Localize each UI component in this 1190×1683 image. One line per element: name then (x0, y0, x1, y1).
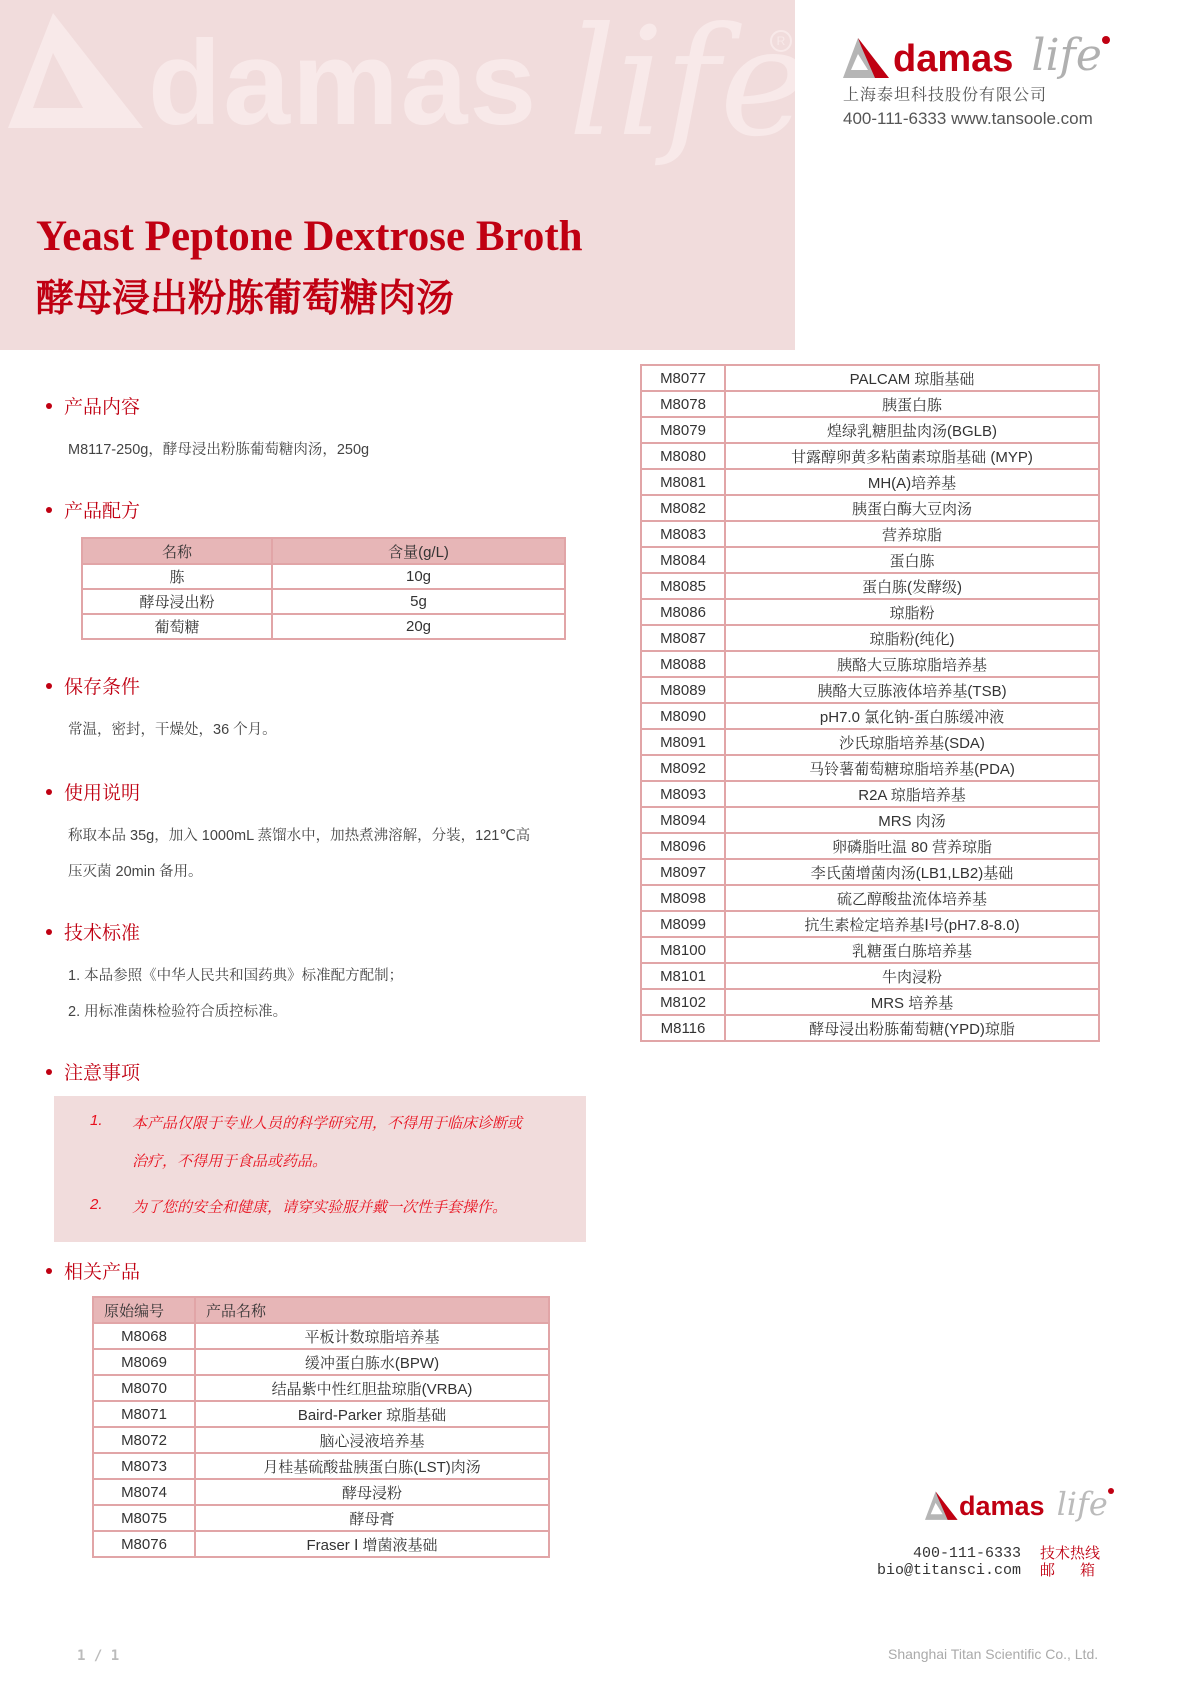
section-heading: 产品内容 (64, 392, 140, 419)
product-name: 胰蛋白胨 (725, 391, 1099, 417)
section-heading: 技术标准 (64, 918, 140, 945)
ingredient-name: 酵母浸出粉 (82, 589, 272, 614)
table-row: M8085蛋白胨(发酵级) (641, 573, 1099, 599)
table-row: M8098硫乙醇酸盐流体培养基 (641, 885, 1099, 911)
formula-table: 名称含量(g/L) 胨10g 酵母浸出粉5g 葡萄糖20g (81, 537, 566, 640)
email-label: 邮 箱 (1040, 1562, 1100, 1579)
product-name: 牛肉浸粉 (725, 963, 1099, 989)
table-row: 酵母浸出粉5g (82, 589, 565, 614)
table-row: M8088胰酪大豆胨琼脂培养基 (641, 651, 1099, 677)
product-code: M8073 (93, 1453, 195, 1479)
table-row: M8068平板计数琼脂培养基 (93, 1323, 549, 1349)
product-name: 平板计数琼脂培养基 (195, 1323, 549, 1349)
product-name: PALCAM 琼脂基础 (725, 365, 1099, 391)
product-name: 结晶紫中性红胆盐琼脂(VRBA) (195, 1375, 549, 1401)
product-name: 酵母膏 (195, 1505, 549, 1531)
product-name: 马铃薯葡萄糖琼脂培养基(PDA) (725, 755, 1099, 781)
table-row: M8099抗生素检定培养基Ⅰ号(pH7.8-8.0) (641, 911, 1099, 937)
company-logo: damas life 上海泰坦科技股份有限公司 400-111-6333 www… (843, 26, 1153, 129)
table-row: M8096卵磷脂吐温 80 营养琼脂 (641, 833, 1099, 859)
column-header: 原始编号 (93, 1297, 195, 1323)
product-name: 营养琼脂 (725, 521, 1099, 547)
column-header: 产品名称 (195, 1297, 549, 1323)
registered-icon (1102, 36, 1110, 44)
product-code: M8086 (641, 599, 725, 625)
footer-logo: damas life (925, 1488, 1114, 1520)
hotline-label: 技术热线 (1040, 1545, 1100, 1562)
page-number: 1 / 1 (77, 1648, 119, 1664)
storage-text: 常温，密封，干燥处，36 个月。 (68, 718, 277, 739)
email-address[interactable]: bio@titansci.com (875, 1562, 1021, 1579)
section-heading: 保存条件 (64, 672, 140, 699)
watermark-script: life (568, 8, 795, 158)
product-code: M8074 (93, 1479, 195, 1505)
table-row: M8092马铃薯葡萄糖琼脂培养基(PDA) (641, 755, 1099, 781)
table-row: 胨10g (82, 564, 565, 589)
watermark-registered-icon: R (770, 30, 792, 52)
section-contents: 产品内容 (46, 392, 140, 419)
product-code: M8094 (641, 807, 725, 833)
product-name: 琼脂粉(纯化) (725, 625, 1099, 651)
section-related: 相关产品 (46, 1257, 140, 1284)
section-storage: 保存条件 (46, 672, 140, 699)
table-row: M8101牛肉浸粉 (641, 963, 1099, 989)
related-products-table-left: 原始编号 产品名称 M8068平板计数琼脂培养基 M8069缓冲蛋白胨水(BPW… (92, 1296, 550, 1558)
product-name: 胰蛋白酶大豆肉汤 (725, 495, 1099, 521)
bullet-icon (46, 929, 52, 935)
logo-brand: damas (893, 40, 1013, 78)
product-code: M8084 (641, 547, 725, 573)
table-row: M8069缓冲蛋白胨水(BPW) (93, 1349, 549, 1375)
product-name: pH7.0 氯化钠-蛋白胨缓冲液 (725, 703, 1099, 729)
product-code: M8071 (93, 1401, 195, 1427)
note-number: 1. (90, 1112, 103, 1129)
table-row: M8100乳糖蛋白胨培养基 (641, 937, 1099, 963)
section-heading: 注意事项 (64, 1058, 140, 1085)
table-row: M8090pH7.0 氯化钠-蛋白胨缓冲液 (641, 703, 1099, 729)
product-code: M8078 (641, 391, 725, 417)
ingredient-amount: 10g (272, 564, 565, 589)
table-row: 葡萄糖20g (82, 614, 565, 639)
table-row: M8072脑心浸液培养基 (93, 1427, 549, 1453)
table-row: M8081MH(A)培养基 (641, 469, 1099, 495)
product-code: M8097 (641, 859, 725, 885)
product-name: 蛋白胨 (725, 547, 1099, 573)
table-row: M8080甘露醇卵黄多粘菌素琼脂基础 (MYP) (641, 443, 1099, 469)
note-text: 治疗，不得用于食品或药品。 (132, 1150, 327, 1171)
section-formula: 产品配方 (46, 496, 140, 523)
product-code: M8082 (641, 495, 725, 521)
product-code: M8070 (93, 1375, 195, 1401)
product-name: 沙氏琼脂培养基(SDA) (725, 729, 1099, 755)
table-row: M8082胰蛋白酶大豆肉汤 (641, 495, 1099, 521)
registered-icon (1108, 1488, 1114, 1494)
section-notes: 注意事项 (46, 1058, 140, 1085)
product-code: M8102 (641, 989, 725, 1015)
note-text: 本产品仅限于专业人员的科学研究用，不得用于临床诊断或 (132, 1112, 522, 1133)
product-code: M8096 (641, 833, 725, 859)
table-row: M8089胰酪大豆胨液体培养基(TSB) (641, 677, 1099, 703)
product-name: 甘露醇卵黄多粘菌素琼脂基础 (MYP) (725, 443, 1099, 469)
product-code: M8101 (641, 963, 725, 989)
product-name: 胰酪大豆胨液体培养基(TSB) (725, 677, 1099, 703)
section-heading: 使用说明 (64, 778, 140, 805)
footer-contact-labels: 技术热线 邮 箱 (1040, 1545, 1100, 1579)
product-name: 月桂基硫酸盐胰蛋白胨(LST)肉汤 (195, 1453, 549, 1479)
product-title-cn: 酵母浸出粉胨葡萄糖肉汤 (36, 267, 454, 322)
product-code: M8072 (93, 1427, 195, 1453)
product-code: M8088 (641, 651, 725, 677)
bullet-icon (46, 1268, 52, 1274)
standard-item: 2. 用标准菌株检验符合质控标准。 (68, 1000, 287, 1021)
header-banner: damas life R Yeast Peptone Dextrose Brot… (0, 0, 795, 350)
table-row: M8116酵母浸出粉胨葡萄糖(YPD)琼脂 (641, 1015, 1099, 1041)
product-name: 酵母浸粉 (195, 1479, 549, 1505)
contents-text: M8117-250g，酵母浸出粉胨葡萄糖肉汤，250g (68, 438, 369, 459)
table-row: M8084蛋白胨 (641, 547, 1099, 573)
product-name: 李氏菌增菌肉汤(LB1,LB2)基础 (725, 859, 1099, 885)
product-code: M8092 (641, 755, 725, 781)
product-code: M8079 (641, 417, 725, 443)
ingredient-amount: 20g (272, 614, 565, 639)
related-products-table-right: M8077PALCAM 琼脂基础M8078胰蛋白胨M8079煌绿乳糖胆盐肉汤(B… (640, 364, 1100, 1042)
product-code: M8076 (93, 1531, 195, 1557)
hotline-number: 400-111-6333 (875, 1545, 1021, 1562)
product-name: R2A 琼脂培养基 (725, 781, 1099, 807)
product-name: 蛋白胨(发酵级) (725, 573, 1099, 599)
product-name: 乳糖蛋白胨培养基 (725, 937, 1099, 963)
product-code: M8089 (641, 677, 725, 703)
table-row: M8079煌绿乳糖胆盐肉汤(BGLB) (641, 417, 1099, 443)
table-row: M8094MRS 肉汤 (641, 807, 1099, 833)
footer-logo-brand: damas (959, 1493, 1045, 1520)
company-name-cn: 上海泰坦科技股份有限公司 (843, 82, 1153, 105)
product-name: Baird-Parker 琼脂基础 (195, 1401, 549, 1427)
product-name: 脑心浸液培养基 (195, 1427, 549, 1453)
product-name: MRS 培养基 (725, 989, 1099, 1015)
table-row: M8075酵母膏 (93, 1505, 549, 1531)
company-contact: 400-111-6333 www.tansoole.com (843, 109, 1153, 129)
product-name: 硫乙醇酸盐流体培养基 (725, 885, 1099, 911)
table-row: M8073月桂基硫酸盐胰蛋白胨(LST)肉汤 (93, 1453, 549, 1479)
table-row: M8070结晶紫中性红胆盐琼脂(VRBA) (93, 1375, 549, 1401)
product-name: 缓冲蛋白胨水(BPW) (195, 1349, 549, 1375)
product-name: 胰酪大豆胨琼脂培养基 (725, 651, 1099, 677)
bullet-icon (46, 507, 52, 513)
table-row: M8086琼脂粉 (641, 599, 1099, 625)
usage-text-line2: 压灭菌 20min 备用。 (68, 860, 203, 881)
table-row: M8083营养琼脂 (641, 521, 1099, 547)
product-name: 煌绿乳糖胆盐肉汤(BGLB) (725, 417, 1099, 443)
watermark-triangle-icon (8, 8, 148, 128)
table-row: M8071Baird-Parker 琼脂基础 (93, 1401, 549, 1427)
ingredient-name: 胨 (82, 564, 272, 589)
product-code: M8085 (641, 573, 725, 599)
product-code: M8081 (641, 469, 725, 495)
table-row: M8074酵母浸粉 (93, 1479, 549, 1505)
product-code: M8069 (93, 1349, 195, 1375)
product-code: M8087 (641, 625, 725, 651)
product-code: M8098 (641, 885, 725, 911)
column-header: 含量(g/L) (272, 538, 565, 564)
bullet-icon (46, 789, 52, 795)
section-heading: 相关产品 (64, 1257, 140, 1284)
column-header: 名称 (82, 538, 272, 564)
product-code: M8090 (641, 703, 725, 729)
product-code: M8080 (641, 443, 725, 469)
bullet-icon (46, 403, 52, 409)
section-heading: 产品配方 (64, 496, 140, 523)
product-name: 卵磷脂吐温 80 营养琼脂 (725, 833, 1099, 859)
note-text: 为了您的安全和健康，请穿实验服并戴一次性手套操作。 (132, 1196, 507, 1217)
product-name: MRS 肉汤 (725, 807, 1099, 833)
table-row: M8087琼脂粉(纯化) (641, 625, 1099, 651)
table-row: M8102MRS 培养基 (641, 989, 1099, 1015)
product-name: 抗生素检定培养基Ⅰ号(pH7.8-8.0) (725, 911, 1099, 937)
product-name: MH(A)培养基 (725, 469, 1099, 495)
product-code: M8068 (93, 1323, 195, 1349)
product-code: M8093 (641, 781, 725, 807)
bullet-icon (46, 1069, 52, 1075)
product-name: 酵母浸出粉胨葡萄糖(YPD)琼脂 (725, 1015, 1099, 1041)
section-standard: 技术标准 (46, 918, 140, 945)
standard-item: 1. 本品参照《中华人民共和国药典》标准配方配制； (68, 964, 403, 985)
product-code: M8100 (641, 937, 725, 963)
watermark-logo: damas life (8, 8, 795, 158)
note-number: 2. (90, 1196, 103, 1213)
ingredient-name: 葡萄糖 (82, 614, 272, 639)
notes-box: 1. 本产品仅限于专业人员的科学研究用，不得用于临床诊断或 治疗，不得用于食品或… (54, 1096, 586, 1242)
watermark-brand: damas (148, 23, 538, 143)
bullet-icon (46, 683, 52, 689)
section-usage: 使用说明 (46, 778, 140, 805)
logo-script: life (1031, 34, 1101, 78)
table-row: M8097李氏菌增菌肉汤(LB1,LB2)基础 (641, 859, 1099, 885)
product-code: M8099 (641, 911, 725, 937)
company-name-en: Shanghai Titan Scientific Co., Ltd. (888, 1646, 1098, 1662)
product-code: M8075 (93, 1505, 195, 1531)
product-name: Fraser Ⅰ 增菌液基础 (195, 1531, 549, 1557)
ingredient-amount: 5g (272, 589, 565, 614)
footer-logo-script: life (1057, 1488, 1108, 1520)
table-row: M8093R2A 琼脂培养基 (641, 781, 1099, 807)
table-row: M8076Fraser Ⅰ 增菌液基础 (93, 1531, 549, 1557)
footer-contact-values: 400-111-6333 bio@titansci.com (875, 1545, 1021, 1579)
adamas-triangle-icon (843, 36, 891, 78)
product-code: M8083 (641, 521, 725, 547)
table-row: M8078胰蛋白胨 (641, 391, 1099, 417)
table-row: M8091沙氏琼脂培养基(SDA) (641, 729, 1099, 755)
adamas-triangle-icon (925, 1490, 959, 1520)
usage-text-line1: 称取本品 35g，加入 1000mL 蒸馏水中，加热煮沸溶解，分装，121℃高 (68, 824, 530, 845)
product-code: M8077 (641, 365, 725, 391)
table-row: M8077PALCAM 琼脂基础 (641, 365, 1099, 391)
product-title-en: Yeast Peptone Dextrose Broth (36, 212, 583, 261)
product-name: 琼脂粉 (725, 599, 1099, 625)
product-code: M8116 (641, 1015, 725, 1041)
product-code: M8091 (641, 729, 725, 755)
